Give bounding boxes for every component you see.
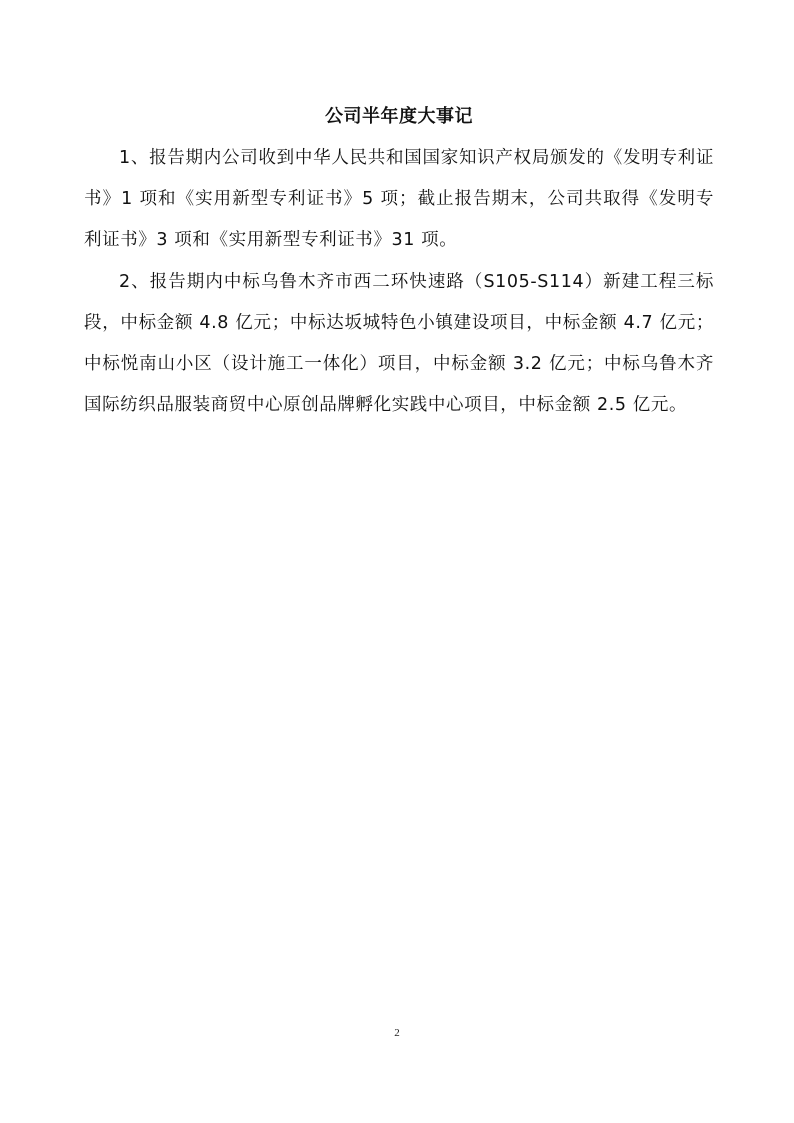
page-number: 2 xyxy=(0,1027,794,1039)
document-page: 公司半年度大事记 1、报告期内公司收到中华人民共和国国家知识产权局颁发的《发明专… xyxy=(84,100,714,426)
paragraph-bids: 2、报告期内中标乌鲁木齐市西二环快速路（S105-S114）新建工程三标段，中标… xyxy=(84,262,714,427)
page-title: 公司半年度大事记 xyxy=(84,100,714,134)
paragraph-patents: 1、报告期内公司收到中华人民共和国国家知识产权局颁发的《发明专利证书》1 项和《… xyxy=(84,138,714,262)
